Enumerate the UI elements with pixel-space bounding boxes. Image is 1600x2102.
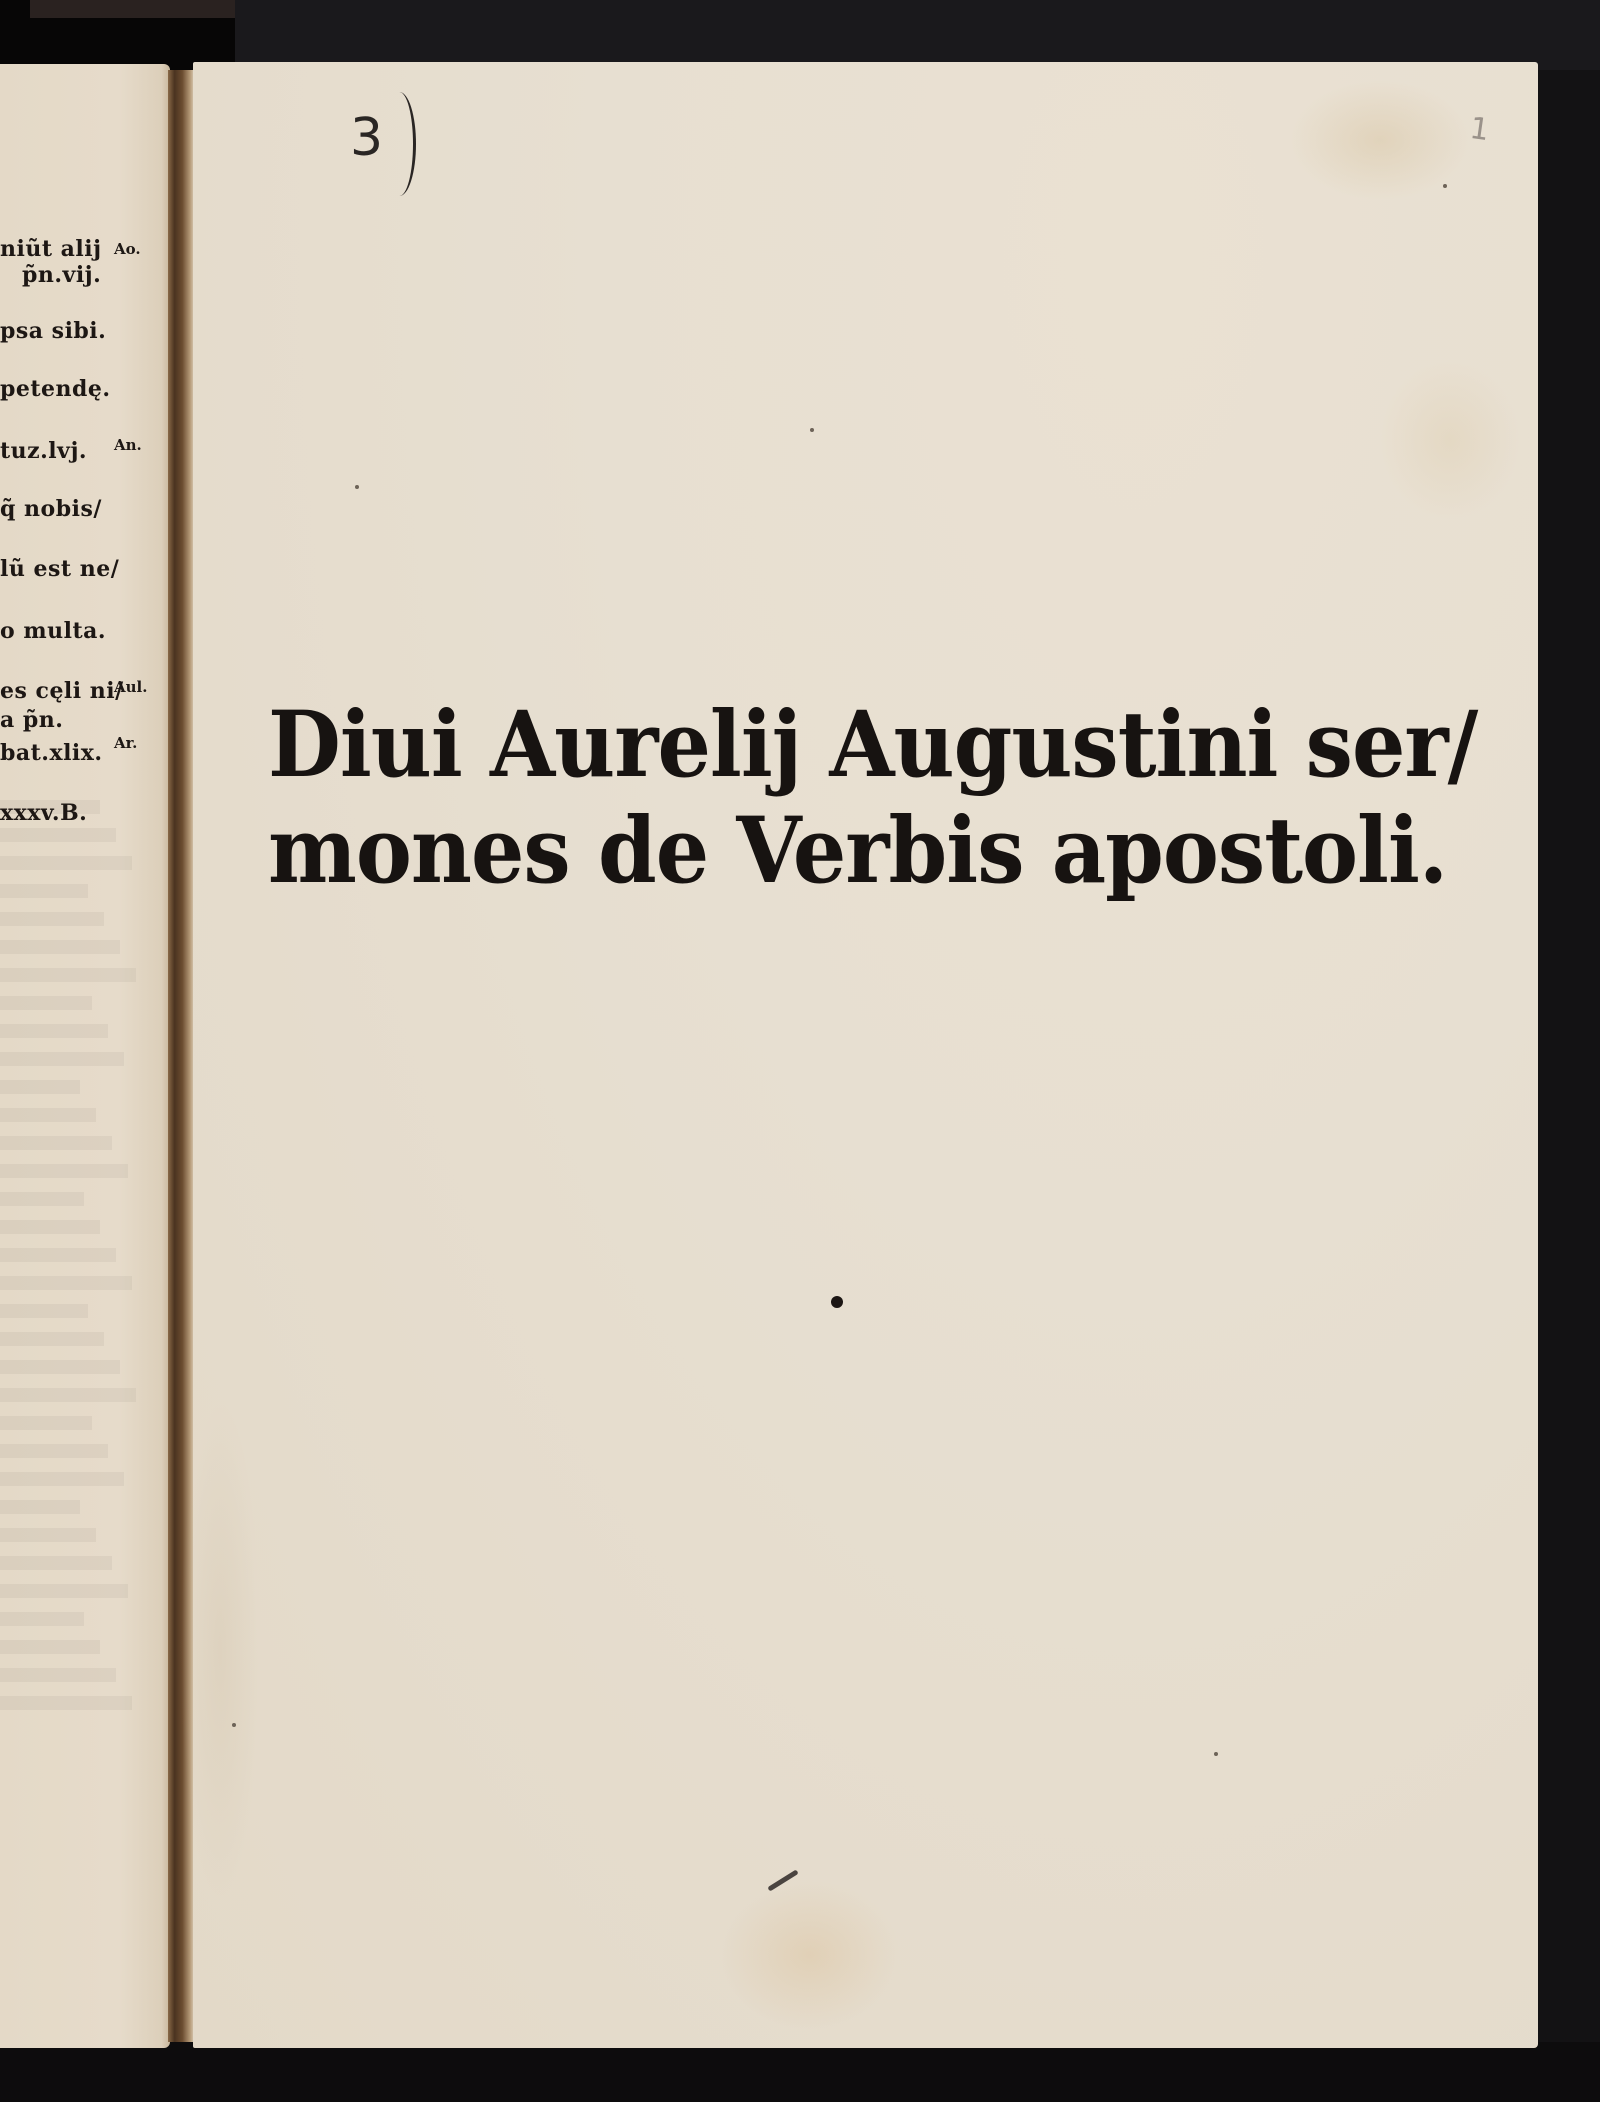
handwritten-parenthesis (383, 92, 416, 196)
title-line-1: Diui Aurelij Augustini ser/ (268, 692, 1288, 798)
show-through-text (0, 1192, 84, 1206)
paper-speck (1443, 184, 1447, 188)
left-page-text-line: o multa. (0, 618, 106, 644)
left-page-text-line: xxxv.B. (0, 800, 87, 826)
show-through-text (0, 1248, 116, 1262)
show-through-text (0, 1304, 88, 1318)
backdrop-shadow (30, 0, 235, 18)
show-through-text (0, 1500, 80, 1514)
margin-note: Ar. (114, 734, 137, 752)
show-through-text (0, 1696, 132, 1710)
left-page-text-line: a p̃n. (0, 707, 63, 733)
show-through-text (0, 1528, 96, 1542)
left-page-text-line: psa sibi. (0, 318, 106, 344)
show-through-text (0, 884, 88, 898)
show-through-text (0, 1444, 108, 1458)
left-page-text-line: petendę. (0, 376, 111, 402)
show-through-text (0, 1584, 128, 1598)
book-gutter (168, 70, 194, 2042)
paper-speck (232, 1723, 236, 1727)
left-page-text-line: q̃ nobis/ (0, 496, 102, 522)
left-page-text-line: lũ est ne/ (0, 556, 119, 582)
show-through-text (0, 1220, 100, 1234)
paper-speck (355, 485, 359, 489)
show-through-text (0, 1388, 136, 1402)
show-through-text (0, 1360, 120, 1374)
left-page-text-line: es cęli ni/ (0, 678, 124, 704)
show-through-text (0, 1668, 116, 1682)
right-page (193, 62, 1538, 2048)
left-page-text-line: tuz.lvj. (0, 438, 87, 464)
show-through-text (0, 828, 116, 842)
show-through-text (0, 1080, 80, 1094)
title-line-2: mones de Verbis apostoli. (268, 798, 1288, 904)
ink-dot (831, 1296, 843, 1308)
left-page-text-line: niũt alij (0, 236, 102, 262)
show-through-text (0, 1556, 112, 1570)
show-through-text (0, 1164, 128, 1178)
show-through-text (0, 968, 136, 982)
left-page: niũt alijp̃n.vij.psa sibi.petendę.tuz.lv… (0, 64, 170, 2048)
show-through-text (0, 940, 120, 954)
show-through-text (0, 1052, 124, 1066)
show-through-text (0, 856, 132, 870)
show-through-text (0, 996, 92, 1010)
show-through-text (0, 1276, 132, 1290)
show-through-text (0, 1612, 84, 1626)
margin-note: Aul. (114, 678, 147, 696)
show-through-text (0, 1640, 100, 1654)
backdrop-bottom (0, 2042, 1600, 2102)
paper-speck (810, 428, 814, 432)
show-through-text (0, 912, 104, 926)
show-through-text (0, 1416, 92, 1430)
book-title: Diui Aurelij Augustini ser/ mones de Ver… (268, 692, 1288, 904)
margin-note: Ao. (114, 240, 141, 258)
paper-speck (1214, 1752, 1218, 1756)
handwritten-folio-number: 3 (350, 108, 383, 168)
show-through-text (0, 1472, 124, 1486)
left-page-text-line: bat.xlix. (0, 740, 103, 766)
show-through-text (0, 1024, 108, 1038)
left-page-text-line: p̃n.vij. (22, 262, 101, 288)
margin-note: An. (114, 436, 142, 454)
show-through-text (0, 1136, 112, 1150)
show-through-text (0, 1332, 104, 1346)
backdrop-black-card (235, 0, 1600, 70)
show-through-text (0, 1108, 96, 1122)
